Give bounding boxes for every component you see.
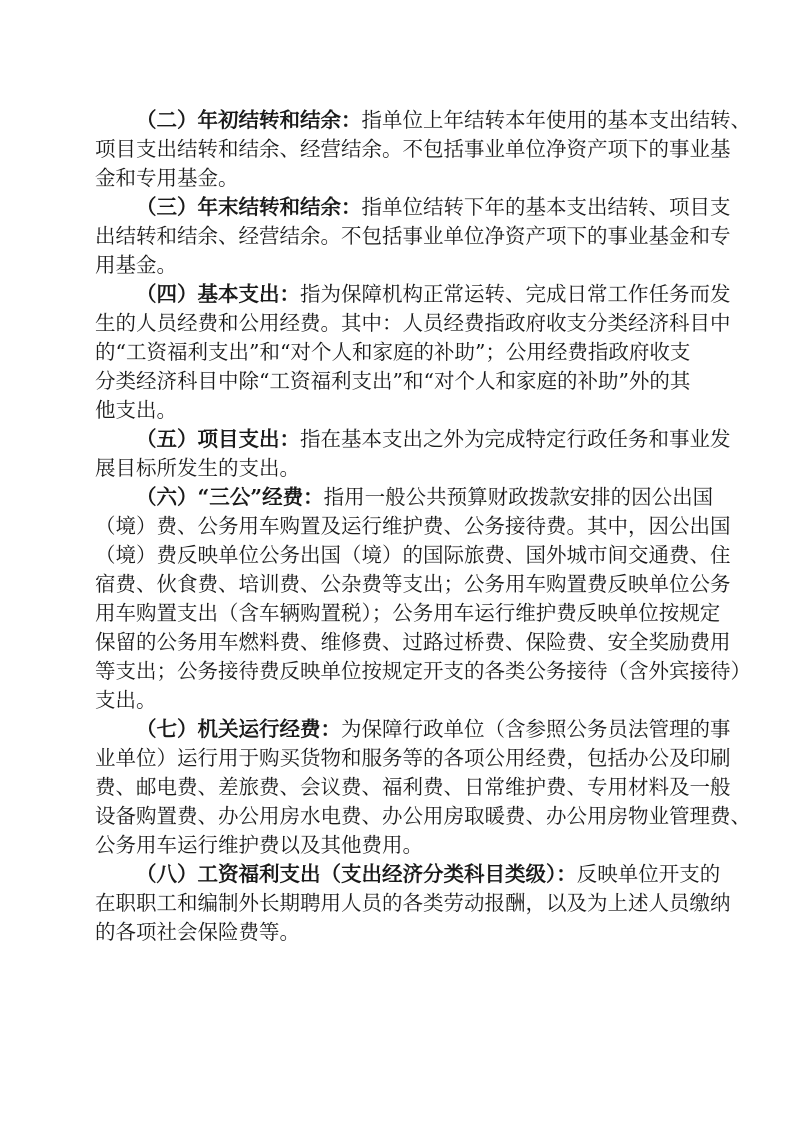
paragraph-text: 指为保障机构正常运转、完成日常工作任务而发 — [300, 282, 731, 306]
paragraph-text: 项目支出结转和结余、经营结余。不包括事业单位净资产项下的事业基 — [95, 135, 720, 164]
paragraph-text: 公务用车运行维护费以及其他费用。 — [95, 831, 720, 860]
paragraph-text: 为保障行政单位（含参照公务员法管理的事 — [341, 717, 731, 741]
paragraph-text: （境）费、公务用车购置及运行维护费、公务接待费。其中，因公出国 — [95, 512, 720, 541]
paragraph-text: 他支出。 — [95, 396, 720, 425]
paragraph-text: 等支出；公务接待费反映单位按规定开支的各类公务接待（含外宾接待） — [95, 657, 720, 686]
term-heading: （三）年末结转和结余： — [136, 195, 362, 219]
definition-paragraph-4: （四）基本支出：指为保障机构正常运转、完成日常工作任务而发 生的人员经费和公用经… — [95, 280, 720, 425]
definition-paragraph-5: （五）项目支出：指在基本支出之外为完成特定行政任务和事业发 展目标所发生的支出。 — [95, 425, 720, 483]
paragraph-text: 的“工资福利支出”和“对个人和家庭的补助”；公用经费指政府收支 — [95, 338, 720, 367]
paragraph-text: 生的人员经费和公用经费。其中：人员经费指政府收支分类经济科目中 — [95, 309, 720, 338]
document-page: （二）年初结转和结余：指单位上年结转本年使用的基本支出结转、 项目支出结转和结余… — [95, 106, 720, 947]
paragraph-text: 在职职工和编制外长期聘用人员的各类劳动报酬，以及为上述人员缴纳 — [95, 889, 720, 918]
term-heading: （七）机关运行经费： — [136, 717, 341, 741]
paragraph-text: 支出。 — [95, 686, 720, 715]
paragraph-text: 指单位结转下年的基本支出结转、项目支 — [362, 195, 731, 219]
paragraph-text: 指在基本支出之外为完成特定行政任务和事业发 — [300, 427, 731, 451]
paragraph-text: 费、邮电费、差旅费、会议费、福利费、日常维护费、专用材料及一般 — [95, 773, 720, 802]
paragraph-text: 的各项社会保险费等。 — [95, 918, 720, 947]
paragraph-text: 分类经济科目中除“工资福利支出”和“对个人和家庭的补助”外的其 — [95, 367, 720, 396]
definition-paragraph-2: （二）年初结转和结余：指单位上年结转本年使用的基本支出结转、 项目支出结转和结余… — [95, 106, 720, 193]
paragraph-text: （境）费反映单位公务出国（境）的国际旅费、国外城市间交通费、住 — [95, 541, 720, 570]
definition-paragraph-6: （六）“三公”经费：指用一般公共预算财政拨款安排的因公出国 （境）费、公务用车购… — [95, 483, 720, 715]
paragraph-text: 指单位上年结转本年使用的基本支出结转、 — [362, 108, 752, 132]
term-heading: （八）工资福利支出（支出经济分类科目类级）： — [136, 862, 577, 886]
paragraph-text: 用车购置支出（含车辆购置税）；公务用车运行维护费反映单位按规定 — [95, 599, 720, 628]
paragraph-text: 反映单位开支的 — [577, 862, 721, 886]
paragraph-text: 业单位）运行用于购买货物和服务等的各项公用经费，包括办公及印刷 — [95, 744, 720, 773]
paragraph-text: 用基金。 — [95, 251, 720, 280]
paragraph-text: 展目标所发生的支出。 — [95, 454, 720, 483]
paragraph-text: 指用一般公共预算财政拨款安排的因公出国 — [324, 485, 714, 509]
term-heading: （二）年初结转和结余： — [136, 108, 362, 132]
definition-paragraph-8: （八）工资福利支出（支出经济分类科目类级）：反映单位开支的 在职职工和编制外长期… — [95, 860, 720, 947]
term-heading: （六）“三公”经费： — [136, 485, 324, 509]
paragraph-text: 设备购置费、办公用房水电费、办公用房取暖费、办公用房物业管理费、 — [95, 802, 720, 831]
paragraph-text: 金和专用基金。 — [95, 164, 720, 193]
paragraph-text: 保留的公务用车燃料费、维修费、过路过桥费、保险费、安全奖励费用 — [95, 628, 720, 657]
definition-paragraph-7: （七）机关运行经费：为保障行政单位（含参照公务员法管理的事 业单位）运行用于购买… — [95, 715, 720, 860]
term-heading: （四）基本支出： — [136, 282, 300, 306]
paragraph-text: 出结转和结余、经营结余。不包括事业单位净资产项下的事业基金和专 — [95, 222, 720, 251]
paragraph-text: 宿费、伙食费、培训费、公杂费等支出；公务用车购置费反映单位公务 — [95, 570, 720, 599]
term-heading: （五）项目支出： — [136, 427, 300, 451]
definition-paragraph-3: （三）年末结转和结余：指单位结转下年的基本支出结转、项目支 出结转和结余、经营结… — [95, 193, 720, 280]
